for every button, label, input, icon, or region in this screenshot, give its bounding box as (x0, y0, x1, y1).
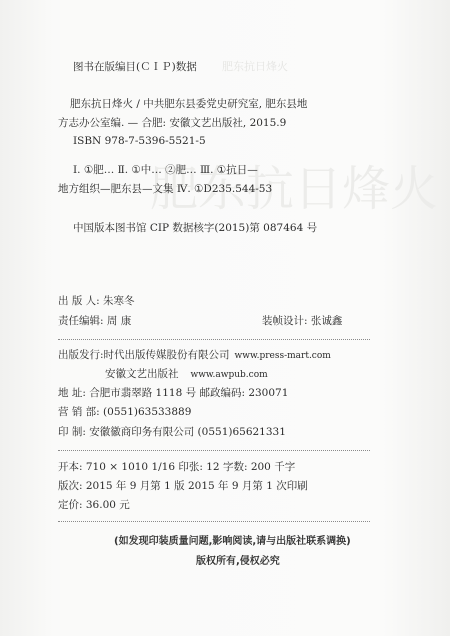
distributor: 出版发行:时代出版传媒股份有限公司www.press-mart.com (58, 348, 331, 363)
cip-heading: 图书在版编目(ＣＩＰ)数据 (73, 60, 197, 74)
cip-isbn: ISBN 978-7-5396-5521-5 (73, 134, 206, 148)
publisher-person: 出 版 人: 朱寒冬 (58, 294, 135, 308)
cip-number: 中国版本图书馆 CIP 数据核字(2015)第 087464 号 (73, 221, 317, 235)
distributor-label: 出版发行: (58, 349, 104, 361)
distributor-url: www.press-mart.com (235, 351, 331, 361)
cip-title-line1: 肥东抗日烽火 / 中共肥东县委党史研究室, 肥东县地 (70, 97, 307, 111)
cip-classification-line2: 地方组织—肥东县—文集 Ⅳ. ①D235.544-53 (58, 182, 272, 196)
divider (58, 339, 370, 340)
address: 地 址: 合肥市翡翠路 1118 号 邮政编码: 230071 (58, 386, 288, 400)
divider (58, 450, 370, 451)
copyright-page: 肥东抗日烽火 肥东抗日烽火 图书在版编目(ＣＩＰ)数据 肥东抗日烽火 / 中共肥… (0, 0, 450, 636)
publisher: 安徽文艺出版社www.awpub.com (105, 367, 268, 382)
price: 定价: 36.00 元 (58, 498, 130, 512)
publisher-url: www.awpub.com (191, 370, 268, 380)
bleed-through-top: 肥东抗日烽火 (222, 58, 288, 74)
marketing-dept: 营 销 部: (0551)63533889 (58, 405, 191, 419)
responsible-editor: 责任编辑: 周 康 (58, 314, 131, 328)
distributor-name: 时代出版传媒股份有限公司 (104, 349, 230, 361)
copyright-notice: 版权所有,侵权必究 (196, 555, 280, 569)
edition-info: 版次: 2015 年 9 月第 1 版 2015 年 9 月第 1 次印刷 (58, 479, 308, 493)
book-format: 开本: 710 × 1010 1/16 印张: 12 字数: 200 千字 (58, 460, 295, 474)
cover-designer: 装帧设计: 张诚鑫 (262, 314, 342, 328)
printer: 印 制: 安徽徽商印务有限公司 (0551)65621331 (58, 425, 286, 439)
quality-notice: (如发现印装质量问题,影响阅读,请与出版社联系调换) (114, 535, 351, 549)
cip-classification-line1: Ⅰ. ①肥… Ⅱ. ①中… ②肥… Ⅲ. ①抗日— (73, 163, 258, 177)
cip-title-line2: 方志办公室编. — 合肥: 安徽文艺出版社, 2015.9 (58, 116, 286, 130)
publisher-name: 安徽文艺出版社 (105, 368, 179, 380)
divider (58, 521, 370, 522)
